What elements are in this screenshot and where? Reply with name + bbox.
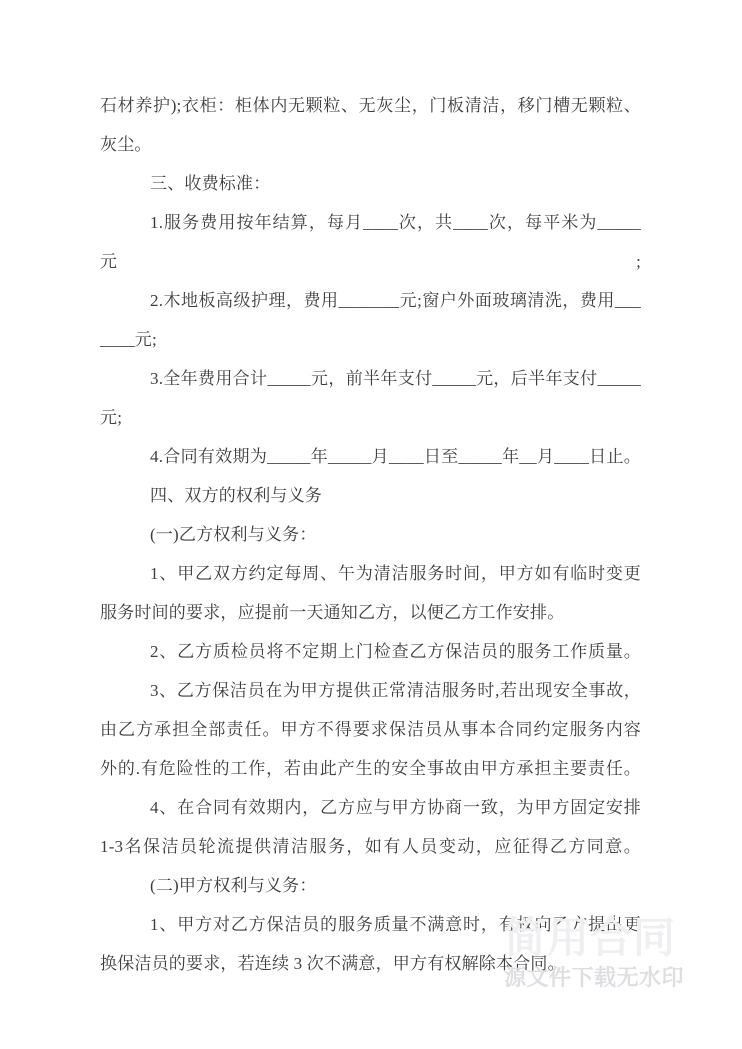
contract-line: 1-3名保洁员轮流提供清洁服务，如有人员变动，应征得乙方同意。 (100, 827, 641, 866)
contract-line: 1、甲方对乙方保洁员的服务质量不满意时，有权向乙方提出更 (100, 905, 641, 944)
contract-line: 1.服务费用按年结算，每月____次，共____次，每平米为_____元; (100, 203, 641, 281)
subsection-heading-party-a: (二)甲方权利与义务： (100, 866, 641, 905)
contract-line: 4.合同有效期为_____年_____月____日至_____年__月____日… (100, 437, 641, 476)
contract-line: 2、乙方质检员将不定期上门检查乙方保洁员的服务工作质量。 (100, 632, 641, 671)
contract-line: 3.全年费用合计_____元，前半年支付_____元，后半年支付_____ (100, 359, 641, 398)
subsection-heading-party-b: (一)乙方权利与义务： (100, 515, 641, 554)
contract-line: 服务时间的要求，应提前一天通知乙方，以便乙方工作安排。 (100, 593, 641, 632)
contract-line: ____元; (100, 320, 641, 359)
contract-line: 换保洁员的要求，若连续 3 次不满意，甲方有权解除本合同。 (100, 944, 641, 983)
contract-line: 1、甲乙双方约定每周、午为清洁服务时间，甲方如有临时变更 (100, 554, 641, 593)
contract-line: 石材养护);衣柜：柜体内无颗粒、无灰尘，门板清洁，移门槽无颗粒、 (100, 86, 641, 125)
section-heading-fees: 三、收费标准： (100, 164, 641, 203)
contract-line: 2.木地板高级护理，费用_______元;窗户外面玻璃清洗，费用___ (100, 281, 641, 320)
contract-line: 4、在合同有效期内，乙方应与甲方协商一致，为甲方固定安排 (100, 788, 641, 827)
contract-line: 元; (100, 398, 641, 437)
contract-line: 灰尘。 (100, 125, 641, 164)
contract-line: 外的.有危险性的工作，若由此产生的安全事故由甲方承担主要责任。 (100, 749, 641, 788)
contract-page: 石材养护);衣柜：柜体内无颗粒、无灰尘，门板清洁，移门槽无颗粒、 灰尘。 三、收… (0, 0, 742, 1049)
contract-line: 3、乙方保洁员在为甲方提供正常清洁服务时,若出现安全事故， (100, 671, 641, 710)
contract-body: 石材养护);衣柜：柜体内无颗粒、无灰尘，门板清洁，移门槽无颗粒、 灰尘。 三、收… (100, 86, 641, 983)
contract-line: 由乙方承担全部责任。甲方不得要求保洁员从事本合同约定服务内容 (100, 710, 641, 749)
section-heading-rights: 四、双方的权利与义务 (100, 476, 641, 515)
